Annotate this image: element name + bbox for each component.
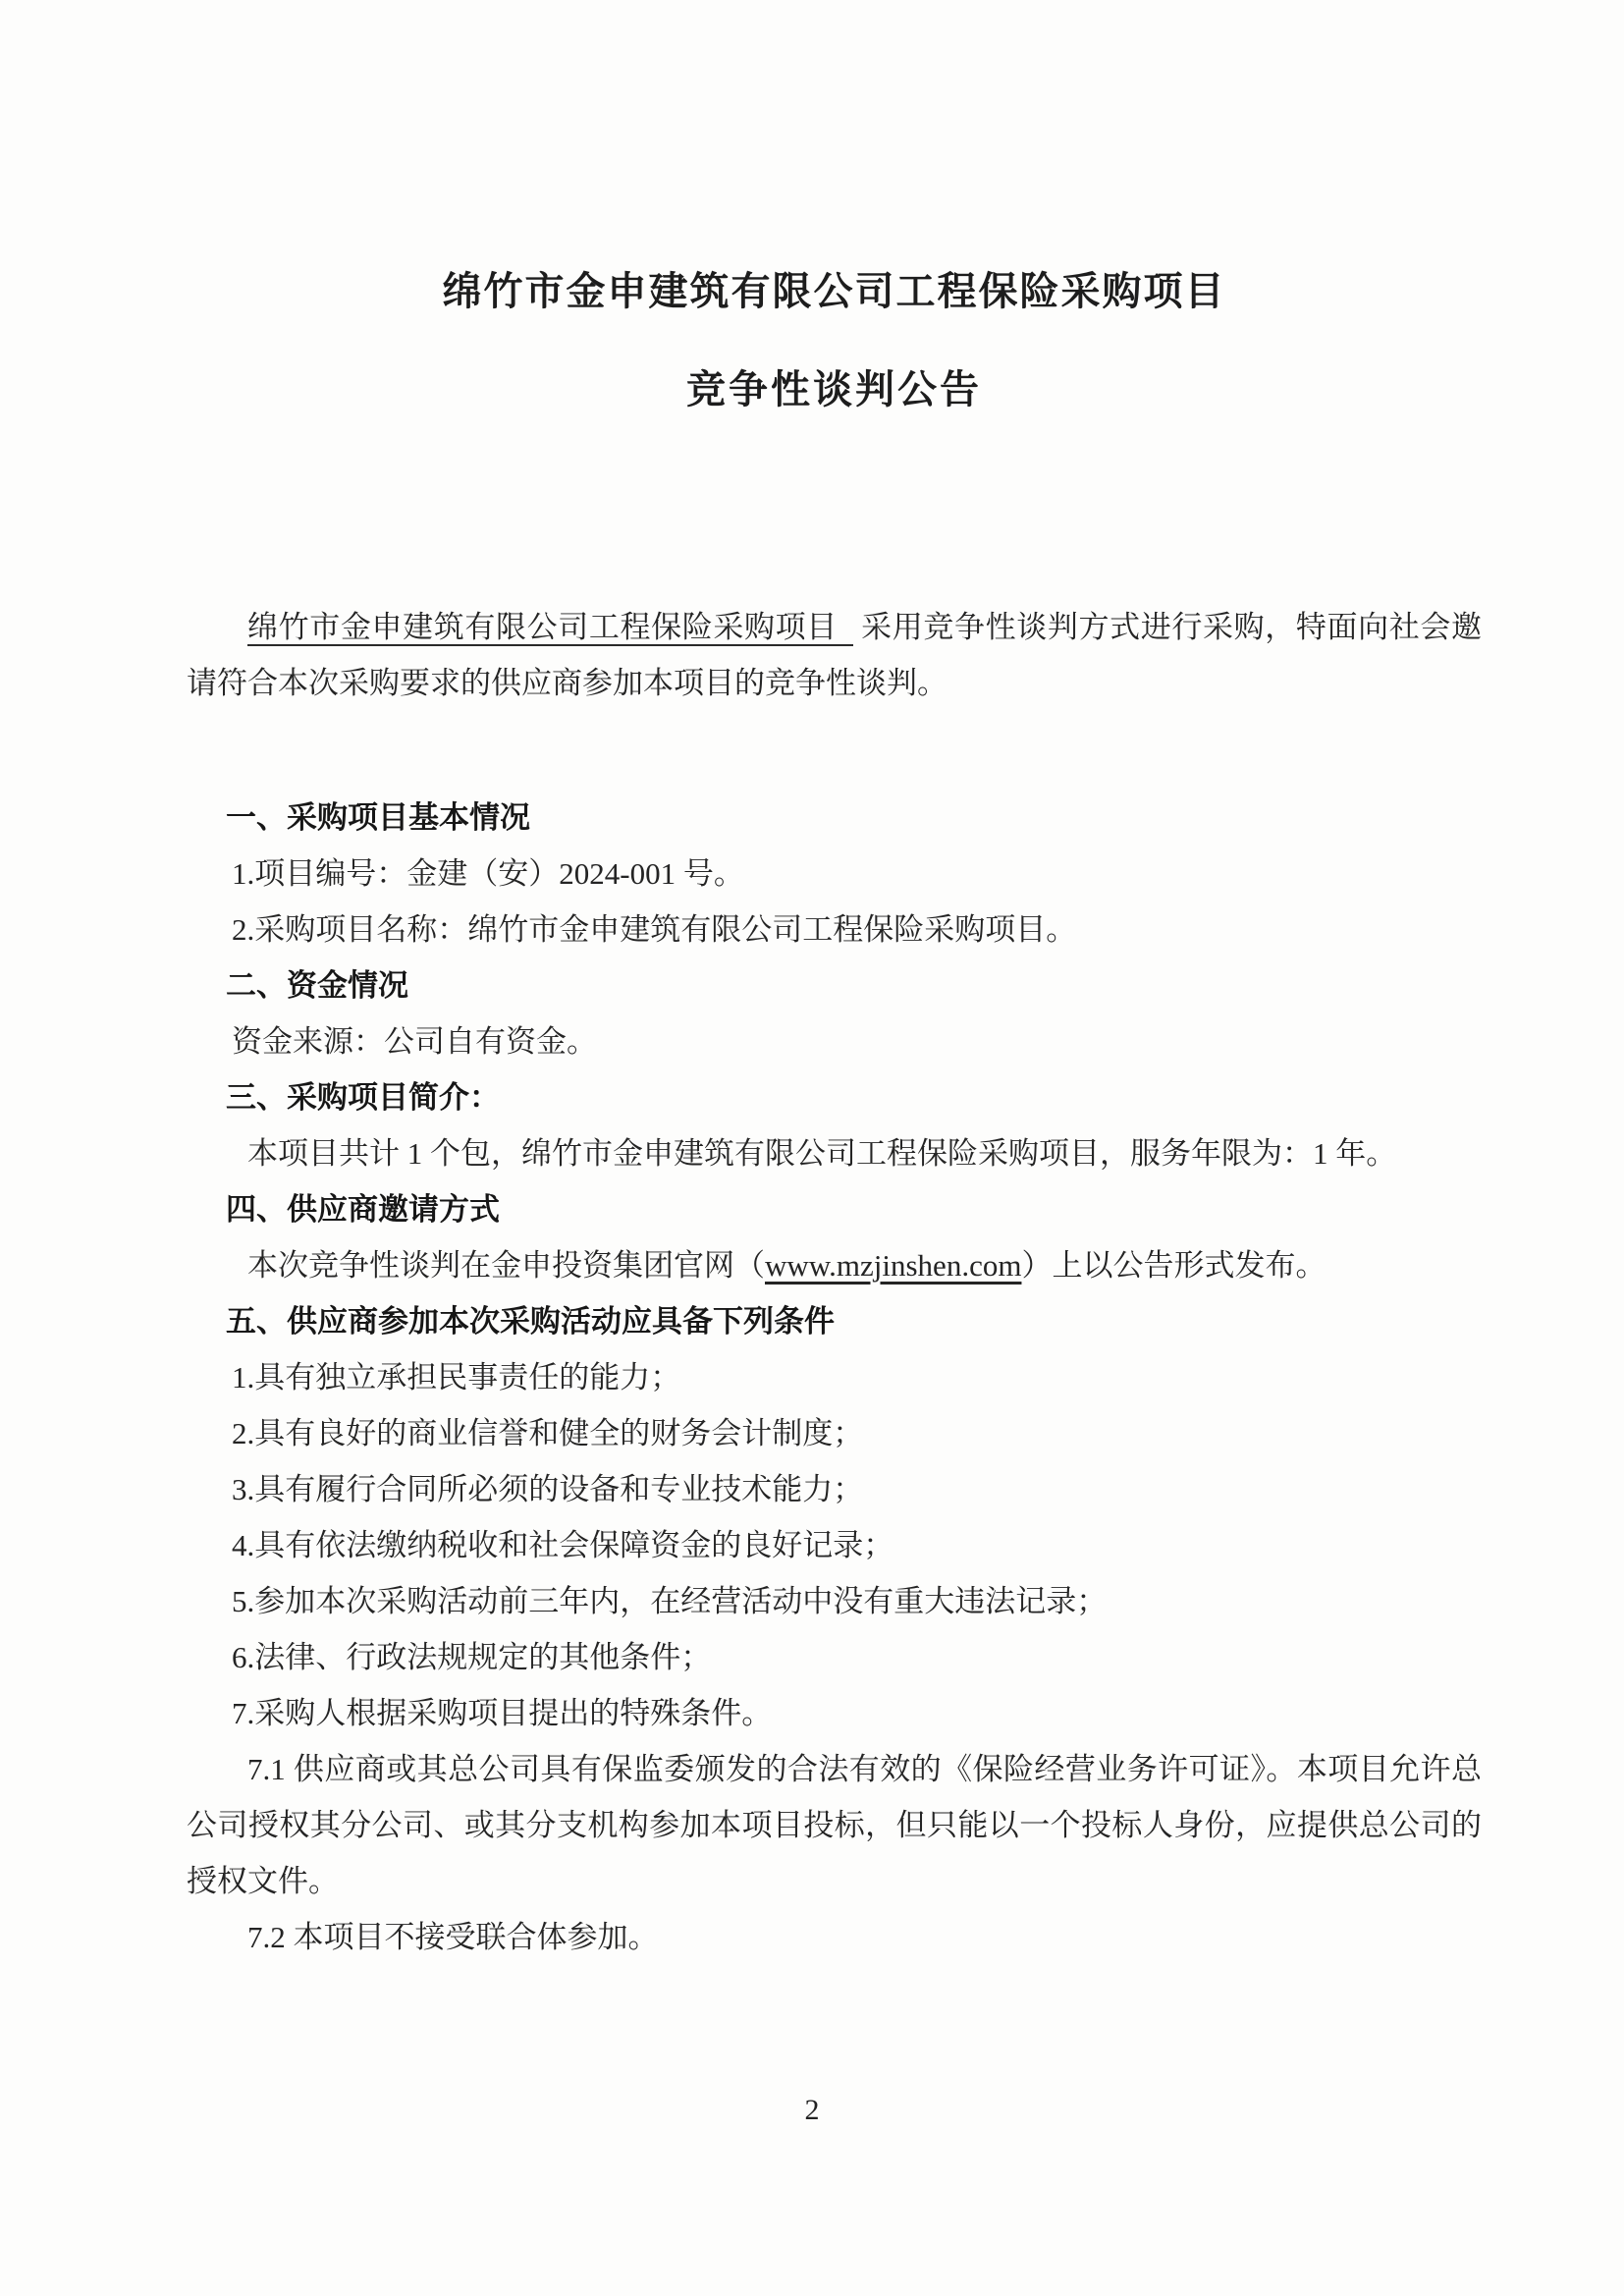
- section-5-condition-7: 7.采购人根据采购项目提出的特殊条件。: [187, 1685, 1482, 1741]
- document-content: 绵竹市金申建筑有限公司工程保险采购项目 竞争性谈判公告 绵竹市金申建筑有限公司工…: [187, 0, 1482, 1965]
- section-3-heading: 三、采购项目简介：: [187, 1069, 1482, 1125]
- section-1-item-project-number: 1.项目编号：金建（安）2024-001 号。: [187, 846, 1482, 902]
- section-4-body-announcement: 本次竞争性谈判在金申投资集团官网（www.mzjinshen.com）上以公告形…: [187, 1237, 1482, 1293]
- section-2-body-fund-source: 资金来源：公司自有资金。: [187, 1013, 1482, 1069]
- document-title: 绵竹市金申建筑有限公司工程保险采购项目: [187, 267, 1482, 316]
- section-5-heading: 五、供应商参加本次采购活动应具备下列条件: [187, 1293, 1482, 1349]
- intro-project-name-underlined: 绵竹市金申建筑有限公司工程保险采购项目: [247, 610, 853, 646]
- section-1-item-project-name: 2.采购项目名称：绵竹市金申建筑有限公司工程保险采购项目。: [187, 902, 1482, 957]
- section-5-condition-1: 1.具有独立承担民事责任的能力；: [187, 1349, 1482, 1405]
- section-5-condition-7-2: 7.2 本项目不接受联合体参加。: [187, 1909, 1482, 1965]
- section-4-website-url: www.mzjinshen.com: [765, 1248, 1021, 1283]
- section-4-heading: 四、供应商邀请方式: [187, 1181, 1482, 1237]
- section-1-heading: 一、采购项目基本情况: [187, 790, 1482, 846]
- section-5-condition-7-1: 7.1 供应商或其总公司具有保监委颁发的合法有效的《保险经营业务许可证》。本项目…: [187, 1741, 1482, 1909]
- section-4-text-before-url: 本次竞争性谈判在金申投资集团官网（: [247, 1248, 765, 1283]
- section-5-condition-2: 2.具有良好的商业信誉和健全的财务会计制度；: [187, 1405, 1482, 1461]
- section-5-condition-4: 4.具有依法缴纳税收和社会保障资金的良好记录；: [187, 1517, 1482, 1573]
- document-subtitle: 竞争性谈判公告: [187, 365, 1482, 414]
- section-4-text-after-url: ）上以公告形式发布。: [1021, 1248, 1326, 1283]
- section-5-condition-3: 3.具有履行合同所必须的设备和专业技术能力；: [187, 1461, 1482, 1517]
- document-page: 绵竹市金申建筑有限公司工程保险采购项目 竞争性谈判公告 绵竹市金申建筑有限公司工…: [0, 0, 1624, 2296]
- section-5-condition-5: 5.参加本次采购活动前三年内，在经营活动中没有重大违法记录；: [187, 1573, 1482, 1629]
- intro-paragraph: 绵竹市金申建筑有限公司工程保险采购项目 采用竞争性谈判方式进行采购，特面向社会邀…: [187, 599, 1482, 711]
- section-5-condition-6: 6.法律、行政法规规定的其他条件；: [187, 1629, 1482, 1685]
- section-2-heading: 二、资金情况: [187, 957, 1482, 1013]
- section-3-body-project-summary: 本项目共计 1 个包，绵竹市金申建筑有限公司工程保险采购项目，服务年限为：1 年…: [187, 1125, 1482, 1181]
- page-number: 2: [0, 2094, 1624, 2127]
